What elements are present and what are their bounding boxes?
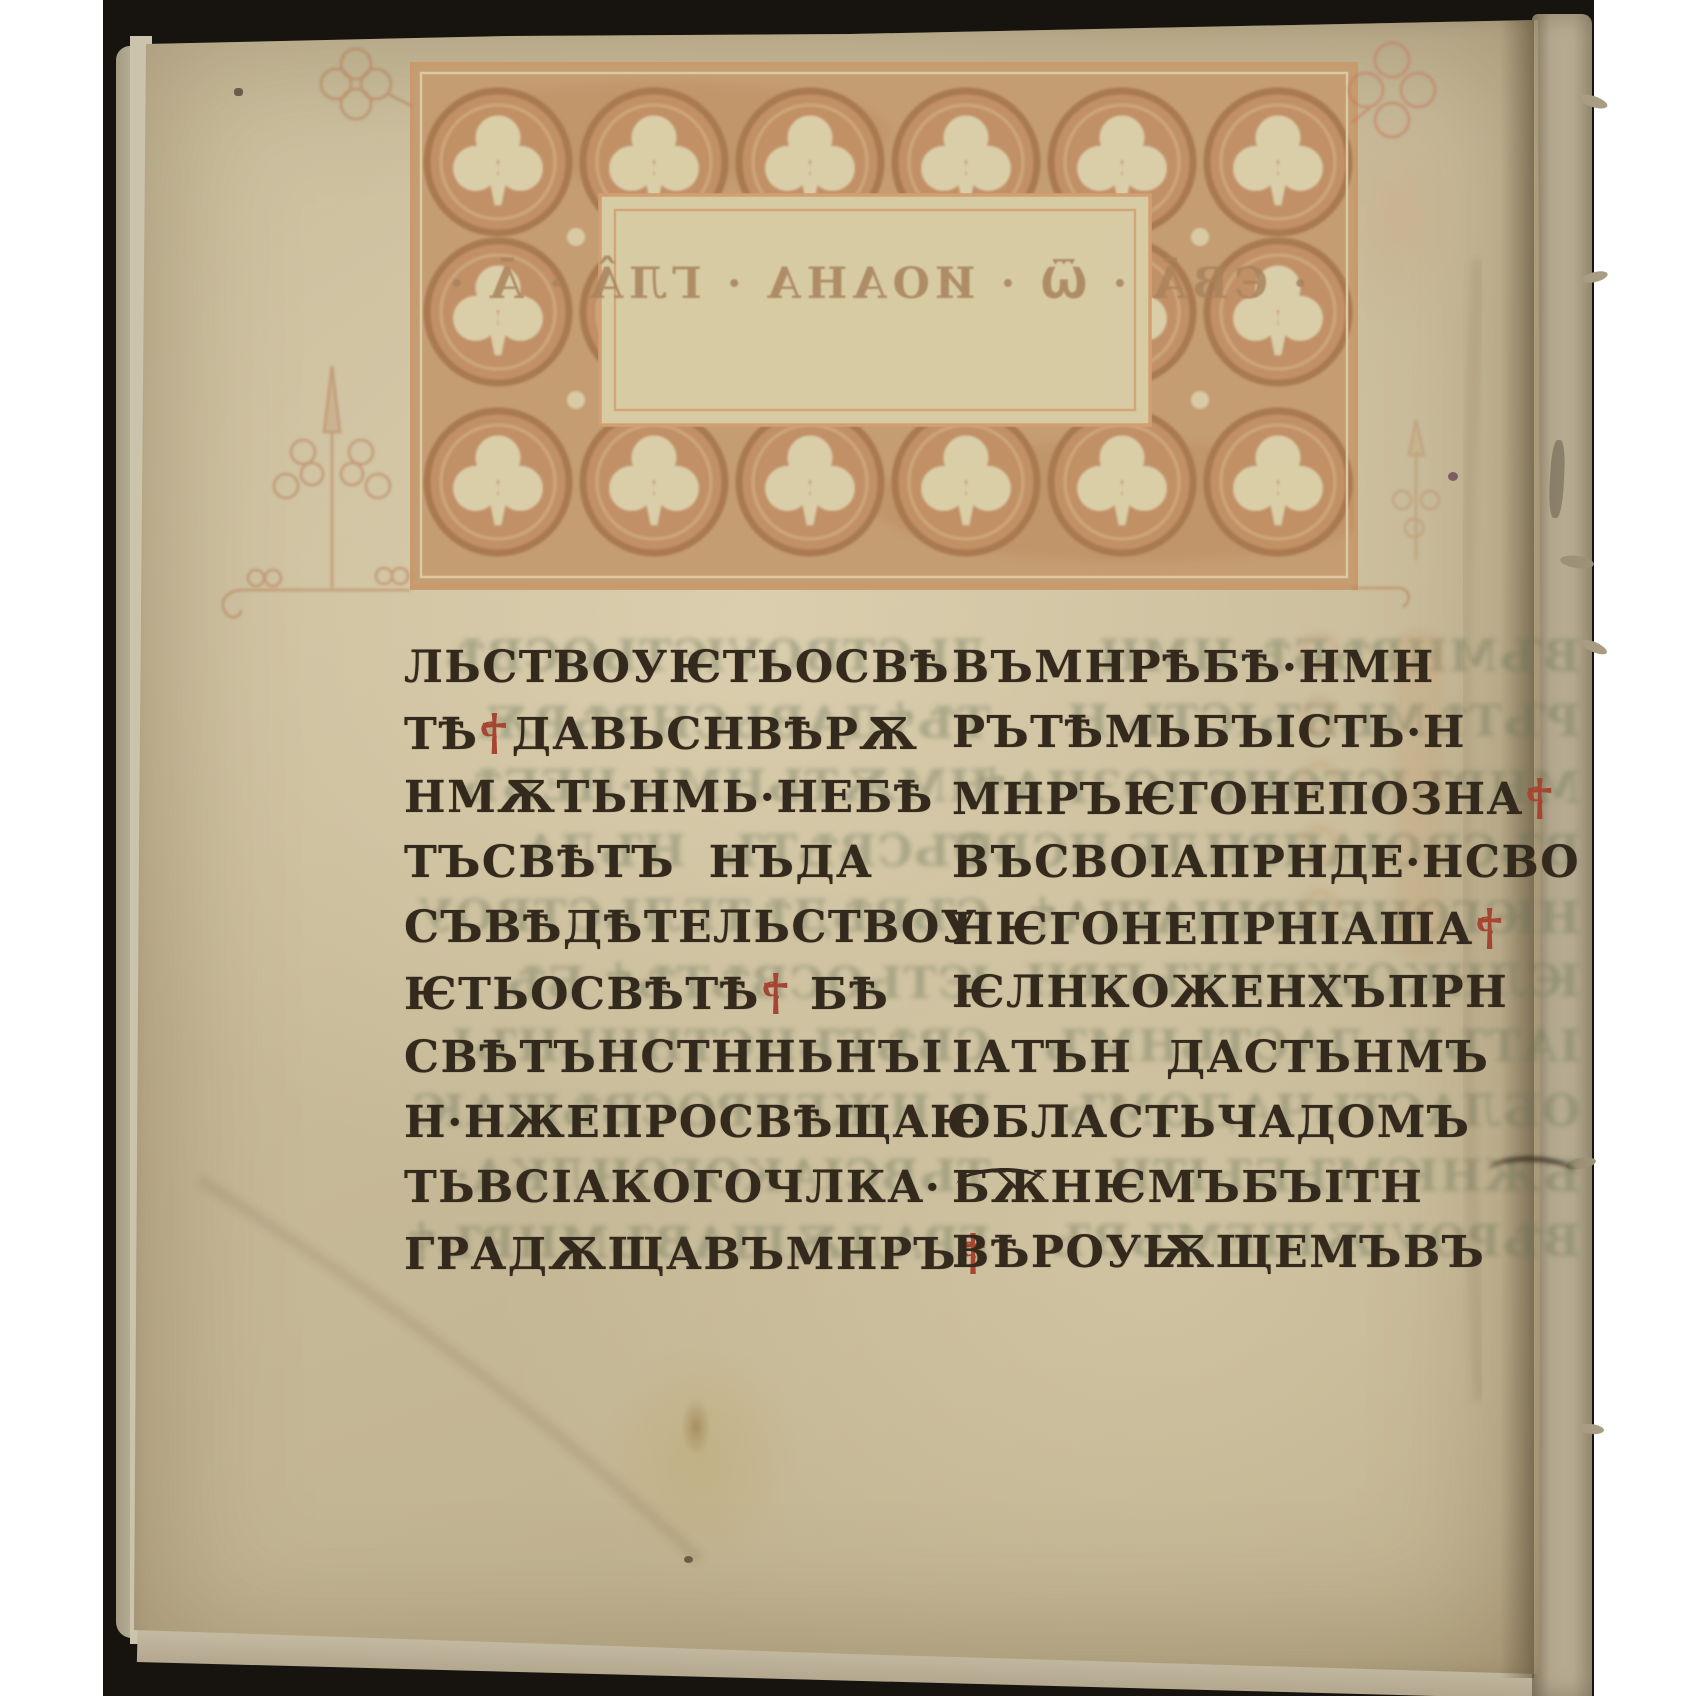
text-segment: МНРЪѤГОНЕПОЗНА	[952, 774, 1524, 825]
text-line: Н·НЖЕПРОСВѢЩАѤ	[404, 1090, 990, 1155]
red-cross-mark: †ς	[760, 969, 793, 1020]
text-segment: РЪТѢМЬБЪІСТЬ·Н	[952, 707, 1466, 758]
text-segment: ЛЬСТВОУѤТЬОСВѢ	[404, 642, 950, 693]
text-line: РЪТѢМЬБЪІСТЬ·Н	[952, 700, 1580, 765]
red-cross-mark: †ς	[1524, 774, 1557, 825]
text-line: НѤГОНЕПРНІАША†ς	[952, 895, 1580, 960]
text-line: СВѢТЪНСТННЬНЪІ	[404, 1025, 990, 1090]
text-segment: ВЪМНРѢБѢ·НМН	[952, 642, 1435, 693]
text-line: ТЬВСІАКОГОЧЛКА·	[404, 1155, 990, 1220]
text-line: ТѢ†ςДАВЬСНВѢРѪ	[404, 700, 990, 765]
text-line: ВЪСВОІАПРНДЕ·НСВО	[952, 830, 1580, 895]
text-line: БЖНѤМЪБЪІТН	[952, 1155, 1580, 1220]
text-line: ВѢРОУѬЩЕМЪВЪ	[952, 1220, 1580, 1285]
text-line: ѤЛНКОЖЕНХЪПРН	[952, 960, 1580, 1025]
abbreviation-with-titlo: БЖ	[952, 1162, 1050, 1213]
text-line: ГРАДѪЩАВЪМНРЪ†ς	[404, 1220, 990, 1285]
text-segment: ОБЛАСТЬЧАДОМЪ	[952, 1097, 1471, 1148]
text-line: ТЪСВѢТЪ НЪДА	[404, 830, 990, 895]
text-segment: ѤТЬОСВѢТѢ	[404, 969, 760, 1020]
text-segment: ВѢРОУѬЩЕМЪВЪ	[952, 1227, 1485, 1278]
text-line: ѤТЬОСВѢТѢ†ς БѢ	[404, 960, 990, 1025]
red-cross-mark: †ς	[1474, 904, 1507, 955]
text-segment: НѤМЪБЪІТН	[1050, 1162, 1423, 1213]
text-segment: ІАТЪН ДАСТЬНМЪ	[952, 1032, 1489, 1083]
text-segment: СВѢТЪНСТННЬНЪІ	[404, 1032, 944, 1083]
text-segment: ѤЛНКОЖЕНХЪПРН	[952, 967, 1508, 1018]
text-line: ВЪМНРѢБѢ·НМН	[952, 635, 1580, 700]
text-line: НМѪТЬНМЬ·НЕБѢ	[404, 765, 990, 830]
text-line: ЛЬСТВОУѤТЬОСВѢ	[404, 635, 990, 700]
headpiece-title-mirrored: · ЄВА̄ · Ѿ · ИОАНА · ГЛА̂ · А̄ ·	[612, 248, 1140, 320]
manuscript-photo: · ЄВА̄ · Ѿ · ИОАНА · ГЛА̂ · А̄ ·	[0, 0, 1696, 1696]
text-line: МНРЪѤГОНЕПОЗНА†ς	[952, 765, 1580, 830]
text-segment: НѤГОНЕПРНІАША	[952, 904, 1474, 955]
text-segment: НМѪТЬНМЬ·НЕБѢ	[404, 772, 934, 823]
text-line: СЪВѢДѢТЕЛЬСТВОУ	[404, 895, 990, 960]
text-segment: ТЬВСІАКОГОЧЛКА·	[404, 1162, 942, 1213]
text-segment: Н·НЖЕПРОСВѢЩАѤ	[404, 1097, 984, 1148]
text-column-left: ЛЬСТВОУѤТЬОСВѢТѢ†ςДАВЬСНВѢРѪНМѪТЬНМЬ·НЕБ…	[404, 635, 990, 1285]
red-cross-mark: †ς	[478, 709, 511, 760]
text-line: ІАТЪН ДАСТЬНМЪ	[952, 1025, 1580, 1090]
text-segment: ТЪСВѢТЪ НЪДА	[404, 837, 873, 888]
headpiece-ornament	[410, 62, 1358, 590]
text-segment: БѢ	[793, 969, 889, 1020]
text-segment: СЪВѢДѢТЕЛЬСТВОУ	[404, 902, 978, 953]
text-segment: ВЪСВОІАПРНДЕ·НСВО	[952, 837, 1580, 888]
text-column-right: ВЪМНРѢБѢ·НМНРЪТѢМЬБЪІСТЬ·НМНРЪѤГОНЕПОЗНА…	[952, 635, 1580, 1285]
text-segment: ТѢ	[404, 709, 478, 760]
text-segment: ДАВЬСНВѢРѪ	[512, 709, 919, 760]
text-line: ОБЛАСТЬЧАДОМЪ	[952, 1090, 1580, 1155]
text-segment: ГРАДѪЩАВЪМНРЪ	[404, 1229, 957, 1280]
